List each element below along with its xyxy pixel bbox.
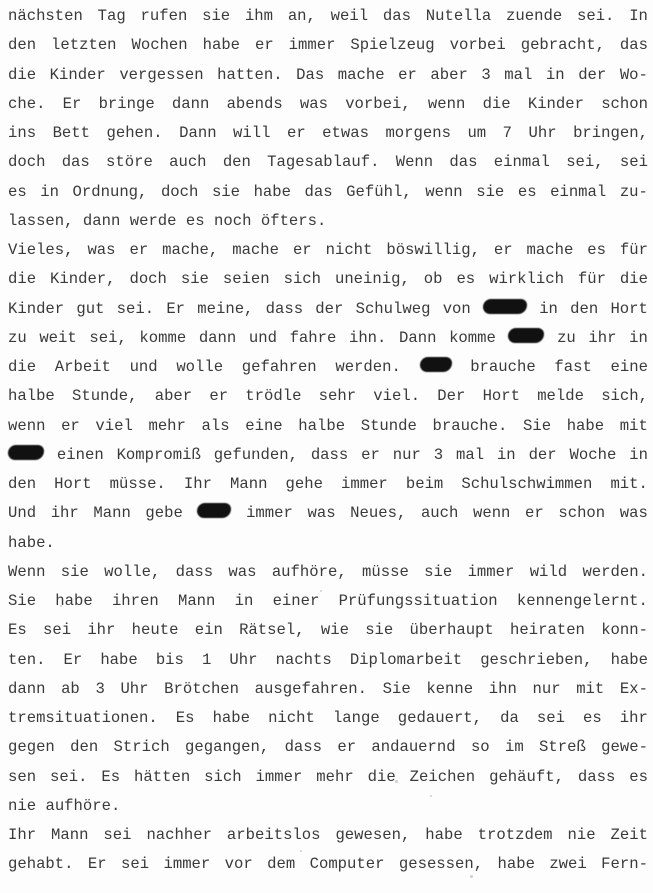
redaction-mark	[420, 357, 452, 372]
scan-speck	[470, 875, 473, 878]
word: gewesen,	[335, 824, 410, 846]
word: an,	[288, 5, 316, 27]
word: brauche	[470, 356, 536, 378]
word: dann	[199, 327, 236, 349]
word: ihn.	[349, 327, 386, 349]
text-line: sensei.EshättensichimmermehrdieZeichenge…	[8, 766, 648, 788]
word: und	[130, 356, 158, 378]
word: sei.	[117, 298, 154, 320]
word: Er	[63, 93, 82, 115]
word: Prüfungssituation	[339, 590, 498, 612]
text-line: UndihrManngebeimmerwasNeues,auchwennersc…	[8, 502, 648, 524]
word: kenne	[426, 678, 473, 700]
text-line: einenKompromißgefunden,dassernur3malinde…	[8, 444, 648, 466]
word: zwei	[549, 853, 586, 875]
word: es	[587, 239, 606, 261]
word: Es	[101, 766, 120, 788]
word: Kompromiß	[117, 444, 201, 466]
word: Mann	[93, 502, 130, 524]
word: komme	[449, 327, 496, 349]
word: Uhr	[229, 649, 257, 671]
word: er	[209, 385, 228, 407]
word: immer	[163, 853, 210, 875]
word: ihm	[245, 5, 273, 27]
word: ten.	[8, 649, 45, 671]
word: in	[235, 590, 254, 612]
word: der	[529, 444, 557, 466]
word: was	[87, 239, 115, 261]
word: ob	[424, 268, 443, 290]
word: Ordnung,	[73, 181, 148, 203]
word: Hort	[54, 473, 91, 495]
word: nicht	[326, 239, 373, 261]
word: für	[578, 268, 606, 290]
word: abends	[227, 93, 283, 115]
word: den	[8, 34, 36, 56]
scan-speck	[395, 780, 398, 783]
word: sei	[121, 853, 149, 875]
word: Tag	[98, 5, 126, 27]
word: werden.	[335, 356, 401, 378]
word: zu	[557, 327, 576, 349]
word: habe	[425, 824, 462, 846]
word: habe	[254, 181, 291, 203]
word: bringen,	[573, 122, 648, 144]
word: sei	[103, 824, 131, 846]
word: es	[186, 210, 205, 232]
word: sich,	[601, 385, 648, 407]
word: sie	[365, 619, 393, 641]
word: gehäuft,	[489, 766, 564, 788]
word: gewe-	[601, 736, 648, 758]
word: sei	[537, 707, 565, 729]
word: aber	[430, 64, 467, 86]
word: was	[228, 561, 256, 583]
word: immer	[256, 766, 303, 788]
word: wild	[530, 561, 567, 583]
word: nie	[568, 824, 596, 846]
word: Er	[88, 853, 107, 875]
word: che.	[8, 93, 45, 115]
word: mache	[527, 239, 574, 261]
word: sen	[8, 766, 36, 788]
word: wenn	[8, 415, 45, 437]
word: er	[398, 64, 417, 86]
word: dann	[172, 93, 209, 115]
word: schon	[558, 502, 605, 524]
word: die	[8, 356, 36, 378]
word: trödle	[245, 385, 301, 407]
word: Er	[64, 649, 83, 671]
text-line: che.Erbringedannabendswasvorbei,wenndieK…	[8, 93, 648, 115]
word: dass	[311, 444, 348, 466]
word: den	[570, 298, 598, 320]
word: sei,	[89, 327, 126, 349]
word: ins	[8, 122, 36, 144]
word: auch	[421, 502, 458, 524]
word: immer	[246, 502, 293, 524]
redaction-mark	[197, 503, 231, 518]
word: 3	[95, 678, 104, 700]
redaction-mark	[8, 445, 44, 460]
scan-speck	[60, 605, 62, 607]
word: es	[629, 766, 648, 788]
word: komme	[139, 327, 186, 349]
word: Schulschwimmen	[461, 473, 592, 495]
word: konn-	[601, 619, 648, 641]
word: als	[202, 415, 230, 437]
word: ab	[61, 678, 80, 700]
word: Stunde	[361, 415, 417, 437]
word: Mann	[51, 824, 88, 846]
word: das	[449, 151, 477, 173]
word: morgens	[385, 122, 451, 144]
word: aufhöre.	[45, 795, 120, 817]
word: störe	[106, 151, 153, 173]
word: das	[62, 151, 90, 173]
word: er	[287, 122, 306, 144]
word: habe	[55, 590, 92, 612]
word: nachher	[146, 824, 212, 846]
word: gefunden,	[214, 444, 298, 466]
word: in	[40, 181, 59, 203]
word: dass	[285, 736, 322, 758]
word: fast	[554, 356, 591, 378]
word: die	[368, 766, 396, 788]
scan-speck	[300, 850, 302, 852]
word: einmal	[550, 181, 606, 203]
word: er	[361, 444, 380, 466]
word: Brötchen	[164, 678, 239, 700]
word: Rätsel,	[239, 619, 305, 641]
word: der	[578, 64, 606, 86]
word: ihn	[489, 678, 517, 700]
word: Bett	[53, 122, 90, 144]
word: den	[8, 473, 36, 495]
word: Das	[296, 64, 324, 86]
word: sei	[620, 151, 648, 173]
word: Sie	[523, 415, 551, 437]
word: mache,	[162, 239, 218, 261]
word: er	[525, 502, 544, 524]
word: Kinder	[8, 298, 64, 320]
word: kennengelernt.	[517, 590, 648, 612]
word: Ex-	[620, 678, 648, 700]
text-line: nächstenTagrufensieihman,weildasNutellaz…	[8, 5, 648, 27]
word: doch	[129, 268, 166, 290]
word: Uhr	[529, 122, 557, 144]
word: er	[61, 415, 80, 437]
word: trotzdem	[478, 824, 553, 846]
word: er	[337, 736, 356, 758]
word: immer	[341, 473, 388, 495]
word: Es	[8, 619, 27, 641]
word: Ihr	[8, 824, 36, 846]
word: 3	[481, 64, 490, 86]
word: weil	[331, 5, 368, 27]
word: tremsituationen.	[8, 707, 158, 729]
word: gefahren	[242, 356, 317, 378]
word: wolle,	[104, 561, 160, 583]
word: zuende	[506, 5, 562, 27]
word: nie	[8, 795, 36, 817]
word: rufen	[141, 5, 188, 27]
word: er	[255, 34, 274, 56]
word: Kinder,	[50, 268, 116, 290]
text-line: gegendenStrichgegangen,dasserandauerndso…	[8, 736, 648, 758]
word: sie	[61, 561, 89, 583]
word: gedauert,	[398, 707, 482, 729]
word: Diplomarbeit	[350, 649, 462, 671]
text-line: wennervielmehralseinehalbeStundebrauche.…	[8, 415, 648, 437]
word: hätten	[134, 766, 190, 788]
word: halbe	[298, 415, 345, 437]
word: ihr	[620, 707, 648, 729]
word: er	[494, 239, 513, 261]
word: mal	[456, 444, 484, 466]
word: meine,	[197, 298, 253, 320]
word: 3	[434, 444, 443, 466]
word: den	[70, 736, 98, 758]
word: wolle	[176, 356, 223, 378]
word: letzten	[51, 34, 117, 56]
word: das	[620, 34, 648, 56]
word: was	[620, 502, 648, 524]
word: gesessen,	[399, 853, 483, 875]
word: gehabt.	[8, 853, 74, 875]
scan-speck	[255, 450, 257, 452]
word: sei,	[566, 151, 603, 173]
word: melde	[537, 385, 584, 407]
word: Mann	[230, 473, 267, 495]
word: die	[8, 64, 36, 86]
text-line: denHortmüsse.IhrManngeheimmerbeimSchulsc…	[8, 473, 648, 495]
word: auch	[169, 151, 206, 173]
word: arbeitslos	[227, 824, 321, 846]
word: Kinder	[50, 64, 106, 86]
word: öfters.	[261, 210, 327, 232]
word: dann	[8, 678, 45, 700]
redaction-mark	[483, 299, 527, 314]
word: nicht	[268, 707, 315, 729]
word: was	[300, 93, 328, 115]
word: will	[233, 122, 270, 144]
word: Es	[176, 707, 195, 729]
word: Kinder	[528, 93, 584, 115]
word: nachts	[276, 649, 332, 671]
word: 1	[202, 649, 211, 671]
word: die	[8, 268, 36, 290]
word: habe	[611, 649, 648, 671]
word: sehr	[319, 385, 356, 407]
word: was	[307, 502, 335, 524]
word: in	[629, 327, 648, 349]
word: sie	[202, 5, 230, 27]
word: mit	[576, 678, 604, 700]
word: in	[629, 444, 648, 466]
word: Mann	[178, 590, 215, 612]
text-line: dieKindervergessenhatten.Dasmacheeraber3…	[8, 64, 648, 86]
word: der	[315, 298, 343, 320]
word: werde	[130, 210, 177, 232]
word: so	[471, 736, 490, 758]
word: dass	[578, 766, 615, 788]
word: Vieles,	[8, 239, 74, 261]
text-line: EsseiihrheuteeinRätsel,wiesieüberhaupthe…	[8, 619, 648, 641]
word: habe	[567, 415, 604, 437]
text-line: gehabt.ErseiimmervordemComputergesessen,…	[8, 853, 648, 875]
word: ein	[195, 619, 223, 641]
word: es	[8, 181, 27, 203]
word: hatten.	[217, 64, 283, 86]
word: es	[456, 268, 475, 290]
text-line: dieKinder,dochsieseiensichuneinig,obeswi…	[8, 268, 648, 290]
text-line: ten.Erhabebis1UhrnachtsDiplomarbeitgesch…	[8, 649, 648, 671]
word: Sie	[383, 678, 411, 700]
word: mache	[338, 64, 385, 86]
word: da	[500, 707, 519, 729]
text-line: dochdasstöreauchdenTagesablauf.Wenndasei…	[8, 151, 648, 173]
word: schon	[601, 93, 648, 115]
word: brauche.	[433, 415, 508, 437]
word: zu	[8, 327, 27, 349]
word: müsse.	[110, 473, 166, 495]
word: nur	[532, 678, 560, 700]
word: mit	[620, 415, 648, 437]
word: Strich	[114, 736, 170, 758]
word: vergessen	[119, 64, 203, 86]
word: habe	[213, 707, 250, 729]
word: geschrieben,	[480, 649, 592, 671]
word: Wenn	[396, 151, 433, 173]
word: gebe	[145, 502, 182, 524]
word: einer	[273, 590, 320, 612]
word: immer	[468, 561, 515, 583]
word: beim	[406, 473, 443, 495]
word: das	[383, 5, 411, 27]
word: Arbeit	[55, 356, 111, 378]
word: habe.	[8, 532, 55, 554]
word: werden.	[582, 561, 648, 583]
word: Hort	[483, 385, 520, 407]
word: Hort	[610, 298, 647, 320]
word: 7	[503, 122, 512, 144]
word: und	[249, 327, 277, 349]
word: Er	[166, 298, 185, 320]
word: dem	[267, 853, 295, 875]
word: sie	[476, 181, 504, 203]
word: sie	[212, 181, 240, 203]
word: müsse	[362, 561, 409, 583]
word: lange	[333, 707, 380, 729]
word: viel.	[373, 385, 420, 407]
word: Zeit	[611, 824, 648, 846]
word: er	[293, 239, 312, 261]
text-line: SiehabeihrenMannineinerPrüfungssituation…	[8, 590, 648, 612]
text-line: denletztenWochenhabeerimmerSpielzeugvorb…	[8, 34, 648, 56]
word: aber	[155, 385, 192, 407]
text-line: lassen,dannwerdeesnochöfters.	[8, 210, 648, 232]
word: es	[518, 181, 537, 203]
word: sich	[284, 268, 321, 290]
word: weit	[39, 327, 76, 349]
word: sei.	[577, 5, 614, 27]
word: die	[620, 268, 648, 290]
word: halbe	[8, 385, 55, 407]
word: doch	[8, 151, 45, 173]
word: Streß	[539, 736, 586, 758]
word: mehr	[316, 766, 353, 788]
word: immer	[289, 34, 336, 56]
word: mit.	[610, 473, 647, 495]
word: habe	[100, 649, 137, 671]
word: ihr	[87, 619, 115, 641]
word: In	[629, 5, 648, 27]
word: Sie	[8, 590, 36, 612]
word: es	[583, 707, 602, 729]
word: ihr	[588, 327, 616, 349]
word: um	[467, 122, 486, 144]
word: wenn	[425, 181, 462, 203]
word: wenn	[428, 93, 465, 115]
word: Stunde,	[72, 385, 138, 407]
word: gegangen,	[185, 736, 269, 758]
text-line: insBettgehen.Dannwilleretwasmorgensum7Uh…	[8, 122, 648, 144]
word: fahre	[290, 327, 337, 349]
word: eine	[611, 356, 648, 378]
word: sie	[424, 561, 452, 583]
word: heiraten	[510, 619, 585, 641]
word: das	[305, 181, 333, 203]
word: mehr	[148, 415, 185, 437]
word: gut	[76, 298, 104, 320]
word: sich	[204, 766, 241, 788]
word: im	[505, 736, 524, 758]
text-line: nieaufhöre.	[8, 795, 648, 817]
word: in	[539, 298, 558, 320]
word: vor	[225, 853, 253, 875]
text-line: Kindergutsei.Ermeine,dassderSchulwegvoni…	[8, 298, 648, 320]
word: Zeichen	[410, 766, 476, 788]
word: er	[129, 239, 148, 261]
word: Fern-	[601, 853, 648, 875]
word: gehe	[286, 473, 323, 495]
word: bringe	[99, 93, 155, 115]
word: dann	[83, 210, 120, 232]
word: gebracht,	[521, 34, 605, 56]
word: mache	[232, 239, 279, 261]
word: Ihr	[184, 473, 212, 495]
word: Schulweg	[356, 298, 431, 320]
text-line: zuweitsei,kommedannundfahreihn.Dannkomme…	[8, 327, 648, 349]
word: zu-	[620, 181, 648, 203]
scan-speck	[430, 795, 432, 797]
word: einmal	[494, 151, 550, 173]
word: habe	[203, 34, 240, 56]
word: Tagesablauf.	[267, 151, 379, 173]
word: überhaupt	[410, 619, 494, 641]
word: Wo-	[620, 64, 648, 86]
word: Neues,	[350, 502, 406, 524]
word: viel	[95, 415, 132, 437]
word: nur	[393, 444, 421, 466]
word: bis	[156, 649, 184, 671]
word: doch	[161, 181, 198, 203]
text-line: dannab3UhrBrötchenausgefahren.Siekenneih…	[8, 678, 648, 700]
word: den	[223, 151, 251, 173]
word: Gefühl,	[346, 181, 412, 203]
word: sie	[181, 268, 209, 290]
